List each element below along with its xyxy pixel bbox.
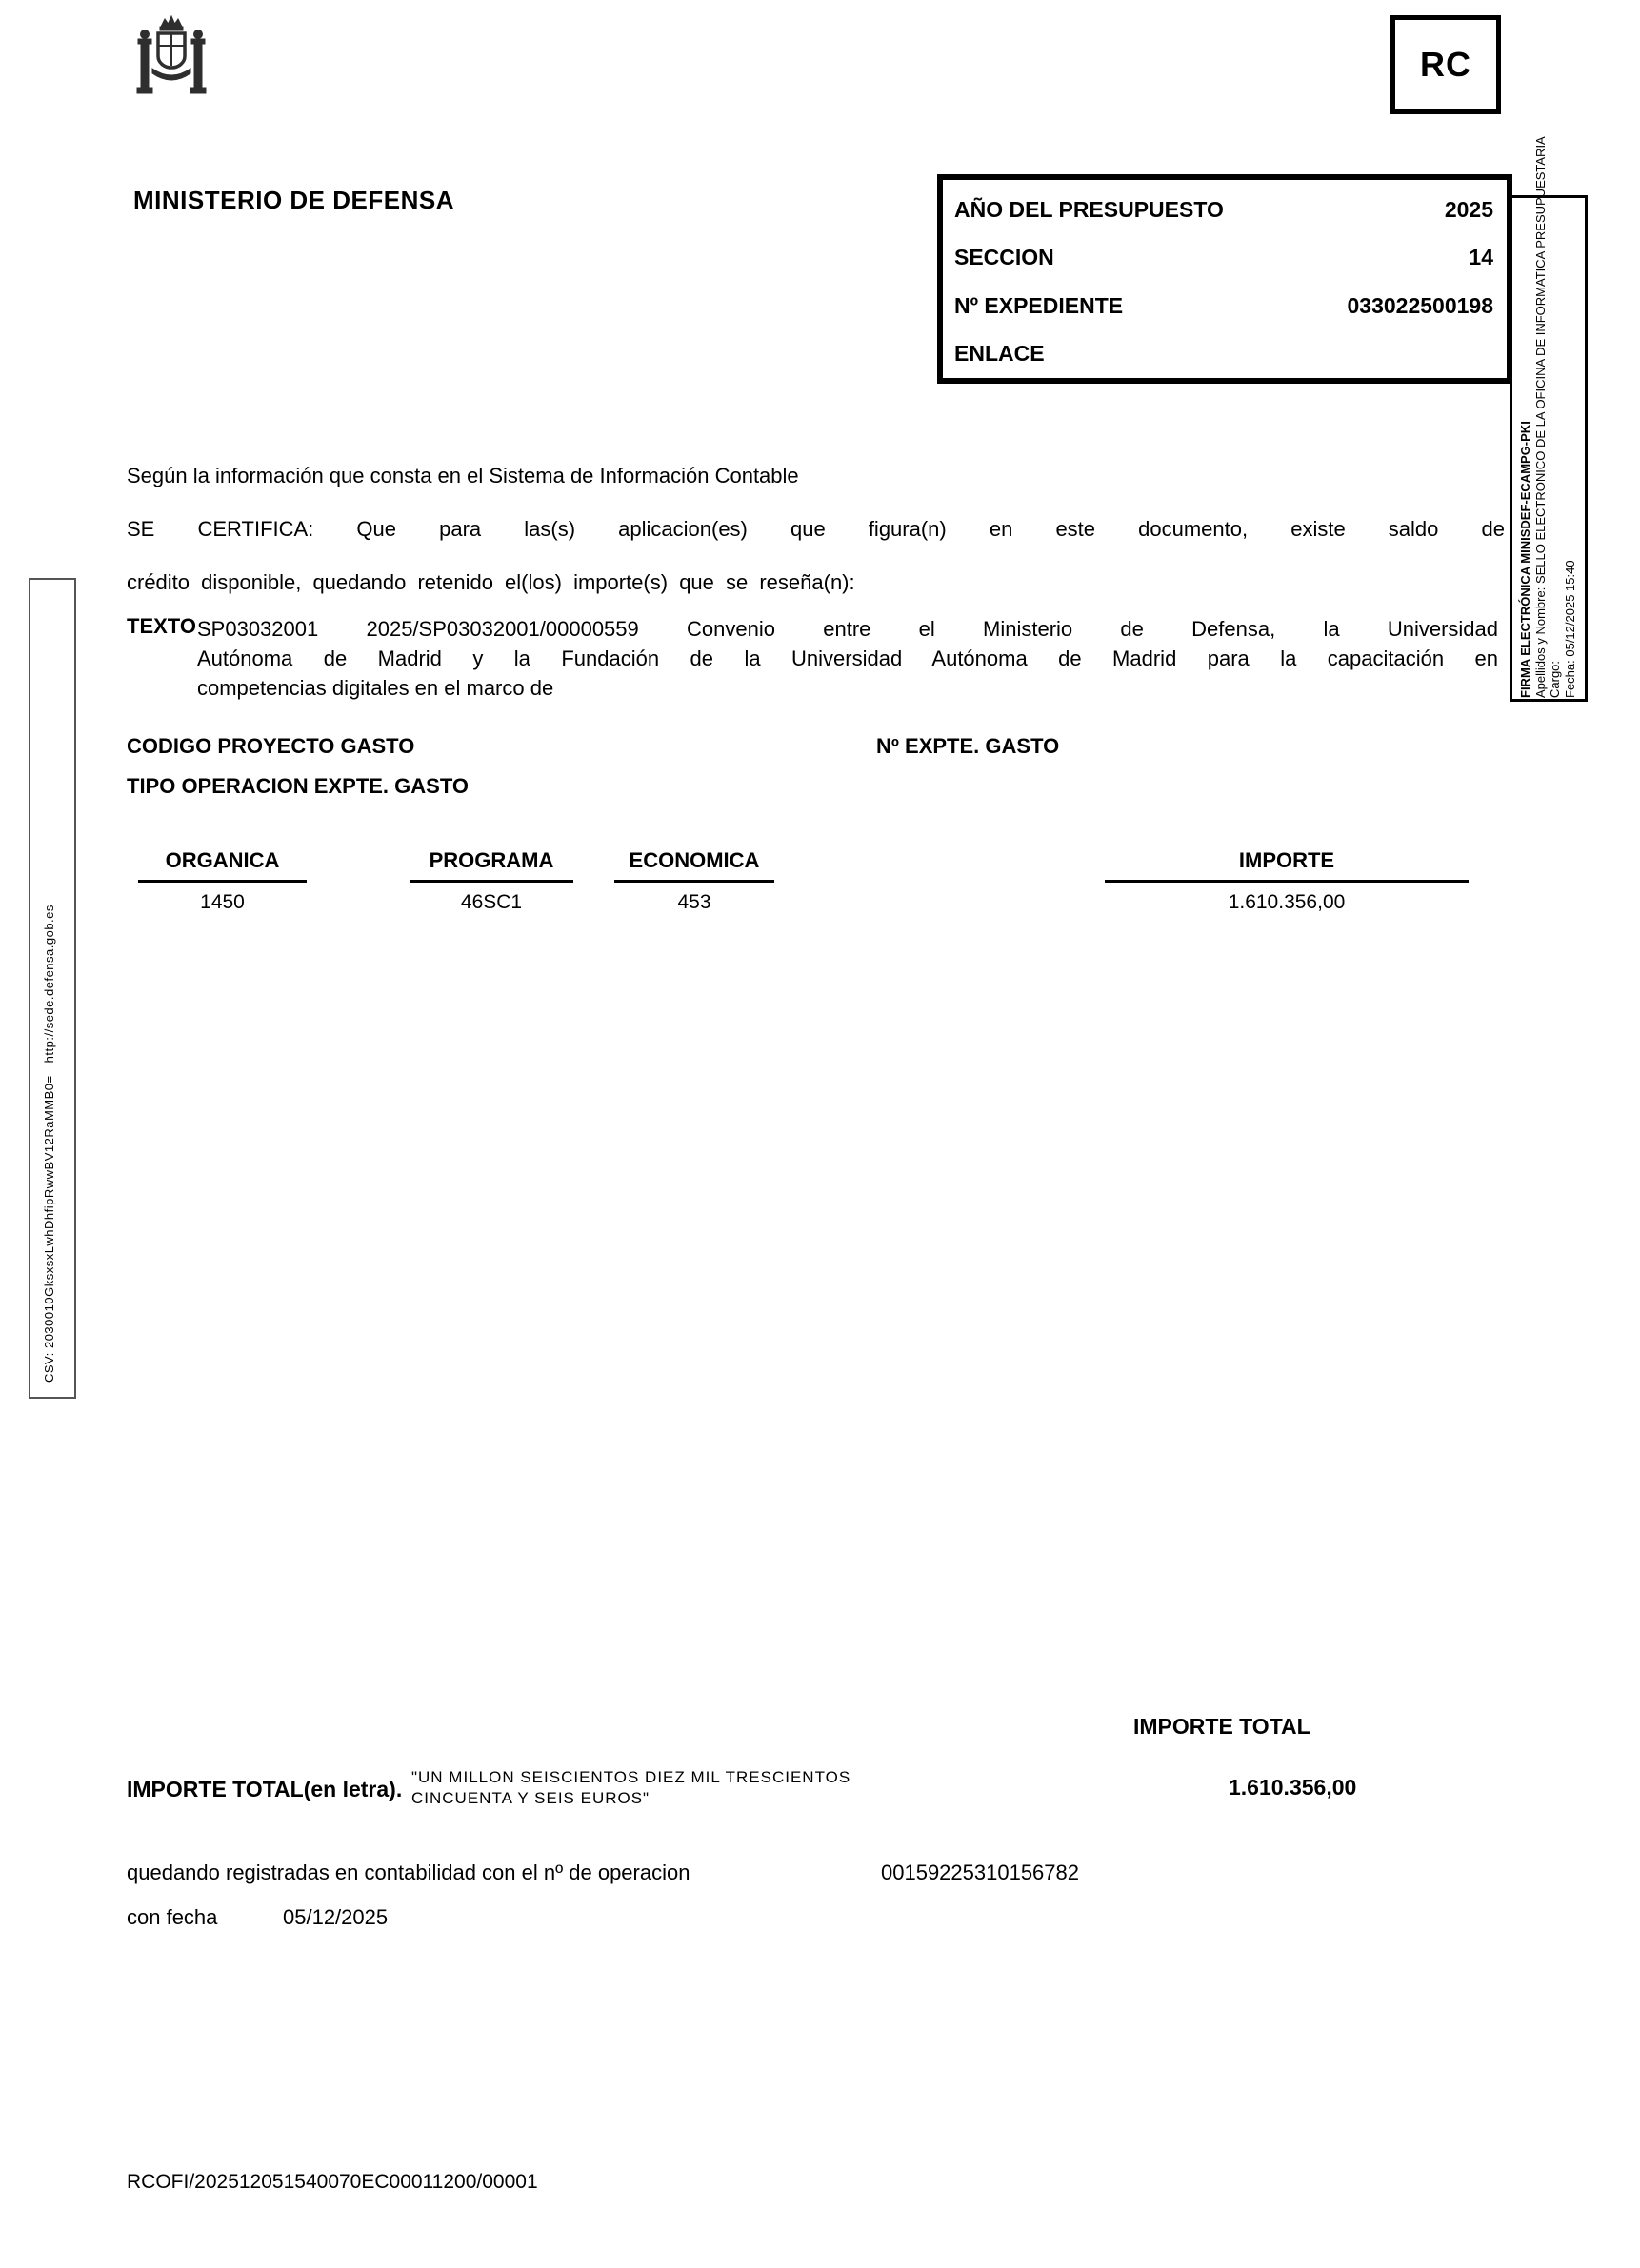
doc-type-box: RC [1390, 15, 1501, 114]
operation-number: 00159225310156782 [881, 1860, 1079, 1886]
column-value-organica: 1450 [138, 891, 307, 914]
budget-row-section: SECCION 14 [954, 245, 1493, 270]
codigo-proyecto-gasto-label: CODIGO PROYECTO GASTO [127, 733, 414, 760]
tipo-operacion-label: TIPO OPERACION EXPTE. GASTO [127, 773, 469, 800]
budget-row-expediente: Nº EXPEDIENTE 033022500198 [954, 293, 1493, 319]
budget-section-label: SECCION [954, 245, 1054, 270]
amount-in-words-line-2: CINCUENTA Y SEIS EUROS" [411, 1788, 650, 1809]
budget-section-value: 14 [1469, 245, 1493, 270]
column-value-importe: 1.610.356,00 [1105, 891, 1469, 914]
certification-line-1: Según la información que consta en el Si… [127, 464, 799, 488]
budget-year-label: AÑO DEL PRESUPUESTO [954, 197, 1224, 223]
registration-text: quedando registradas en contabilidad con… [127, 1860, 690, 1886]
budget-enlace-label: ENLACE [954, 341, 1045, 367]
texto-line-2: Autónoma de Madrid y la Fundación de la … [197, 644, 1498, 673]
budget-row-year: AÑO DEL PRESUPUESTO 2025 [954, 197, 1493, 223]
signature-line-firma: FIRMA ELECTRÓNICA MINISDEF-ECAMPG-PKI [1518, 66, 1533, 698]
budget-year-value: 2025 [1445, 197, 1493, 223]
signature-line-nombre: Apellidos y Nombre: SELLO ELECTRONICO DE… [1533, 66, 1549, 698]
signature-line-fecha: Fecha: 05/12/2025 15:40 [1563, 66, 1578, 698]
doc-type-code: RC [1420, 45, 1471, 85]
budget-expediente-value: 033022500198 [1348, 293, 1494, 319]
signature-stamp-text: FIRMA ELECTRÓNICA MINISDEF-ECAMPG-PKI Ap… [1518, 66, 1577, 698]
rc-certificate-document: RC MINISTERIO DE DEFENSA AÑO DEL PRESUPU… [0, 0, 1640, 2268]
column-header-programa: PROGRAMA [410, 848, 573, 883]
texto-line-3: competencias digitales en el marco de [197, 673, 1498, 703]
column-header-organica: ORGANICA [138, 848, 307, 883]
budget-expediente-label: Nº EXPEDIENTE [954, 293, 1123, 319]
importe-total-amount: 1.610.356,00 [1229, 1775, 1356, 1800]
certification-line-3: crédito disponible, quedando retenido el… [127, 570, 855, 595]
footer-reference: RCOFI/202512051540070EC00011200/00001 [127, 2171, 538, 2194]
certification-line-2: SE CERTIFICA: Que para las(s) aplicacion… [127, 517, 1505, 542]
column-value-programa: 46SC1 [410, 891, 573, 914]
table-column-importe: IMPORTE 1.610.356,00 [1105, 848, 1469, 914]
texto-label: TEXTO [127, 614, 196, 639]
table-column-economica: ECONOMICA 453 [614, 848, 774, 914]
table-column-programa: PROGRAMA 46SC1 [410, 848, 573, 914]
spain-coat-of-arms-icon [133, 11, 210, 109]
importe-total-en-letra-label: IMPORTE TOTAL(en letra). [127, 1777, 402, 1802]
budget-row-enlace: ENLACE [954, 341, 1493, 367]
column-header-economica: ECONOMICA [614, 848, 774, 883]
importe-total-label: IMPORTE TOTAL [1133, 1714, 1310, 1740]
table-column-organica: ORGANICA 1450 [138, 848, 307, 914]
budget-header-box: AÑO DEL PRESUPUESTO 2025 SECCION 14 Nº E… [937, 174, 1512, 384]
registration-date: 05/12/2025 [283, 1904, 388, 1931]
num-expte-gasto-label: Nº EXPTE. GASTO [876, 733, 1059, 760]
column-header-importe: IMPORTE [1105, 848, 1469, 883]
ministry-title: MINISTERIO DE DEFENSA [133, 186, 454, 215]
amount-in-words-line-1: "UN MILLON SEISCIENTOS DIEZ MIL TRESCIEN… [411, 1767, 850, 1788]
column-value-economica: 453 [614, 891, 774, 914]
csv-verification-text: CSV: 2030010GksxsxLwhDhfipRwwBV12RaMMB0=… [42, 594, 56, 1383]
texto-line-1: SP03032001 2025/SP03032001/00000559 Conv… [197, 614, 1498, 644]
signature-line-cargo: Cargo: [1548, 66, 1563, 698]
date-label: con fecha [127, 1904, 217, 1931]
